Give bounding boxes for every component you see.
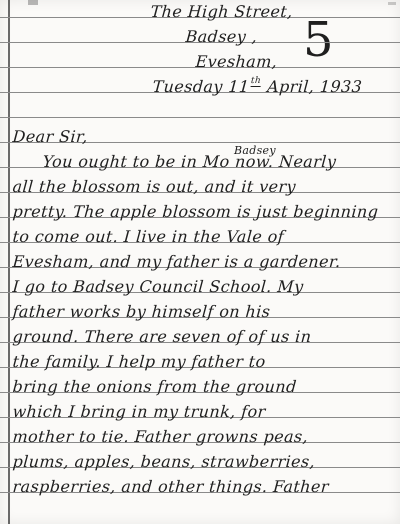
body-line-row: ground. There are seven of of us in — [0, 318, 400, 343]
salutation-row: Dear Sir, — [0, 118, 400, 143]
address-line-1: The High Street, — [150, 4, 293, 20]
body-line-row: which I bring in my trunk, for — [0, 393, 400, 418]
body-line-row: mother to tie. Father growns peas, — [0, 418, 400, 443]
address-line-3: Evesham, — [195, 54, 278, 70]
body-line-6: I go to Badsey Council School. My — [12, 279, 304, 295]
body-line-row: You ought to be in Mo now. Nearly — [0, 143, 400, 168]
body-line-14: raspberries, and other things. Father — [12, 479, 329, 495]
body-line-10: bring the onions from the ground — [12, 379, 297, 395]
body-line-row: father works by himself on his — [0, 293, 400, 318]
body-line-row: the family. I help my father to — [0, 343, 400, 368]
address-line-3-row: Evesham, — [0, 43, 400, 68]
body-line-row: Evesham, and my father is a gardener. — [0, 243, 400, 268]
salutation: Dear Sir, — [12, 129, 88, 145]
address-line-2: Badsey , — [185, 29, 258, 45]
date-line-row: Tuesday 11th April, 1933 — [0, 68, 400, 93]
body-line-row: plums, apples, beans, strawberries, — [0, 443, 400, 468]
letter-page: 5 Badsey The High Street, Badsey , Evesh… — [0, 0, 400, 524]
body-line-4: to come out. I live in the Vale of — [12, 229, 285, 245]
ruled-lines-area: The High Street, Badsey , Evesham, Tuesd… — [0, 0, 400, 523]
date-ordinal: th — [250, 76, 261, 87]
body-line-row: to come out. I live in the Vale of — [0, 218, 400, 243]
date-line: Tuesday 11th April, 1933 — [152, 77, 363, 95]
body-line-row: raspberries, and other things. Father — [0, 468, 400, 493]
body-line-9: the family. I help my father to — [12, 354, 266, 370]
body-line-1: You ought to be in Mo now. Nearly — [42, 154, 337, 170]
body-line-8: ground. There are seven of of us in — [12, 329, 312, 345]
body-line-7: father works by himself on his — [12, 304, 271, 320]
body-line-5: Evesham, and my father is a gardener. — [12, 254, 341, 270]
address-line-1-row: The High Street, — [0, 0, 400, 18]
body-line-2: all the blossom is out, and it very — [12, 179, 297, 195]
body-line-row: bring the onions from the ground — [0, 368, 400, 393]
body-line-3: pretty. The apple blossom is just beginn… — [12, 204, 379, 220]
body-line-11: which I bring in my trunk, for — [12, 404, 266, 420]
address-line-2-row: Badsey , — [0, 18, 400, 43]
body-line-12: mother to tie. Father growns peas, — [12, 429, 309, 445]
body-line-row: all the blossom is out, and it very — [0, 168, 400, 193]
body-line-13: plums, apples, beans, strawberries, — [12, 454, 316, 470]
bottom-blank-space — [0, 493, 400, 523]
body-line-row: I go to Badsey Council School. My — [0, 268, 400, 293]
body-line-row: pretty. The apple blossom is just beginn… — [0, 193, 400, 218]
blank-ruled-line — [0, 93, 400, 118]
